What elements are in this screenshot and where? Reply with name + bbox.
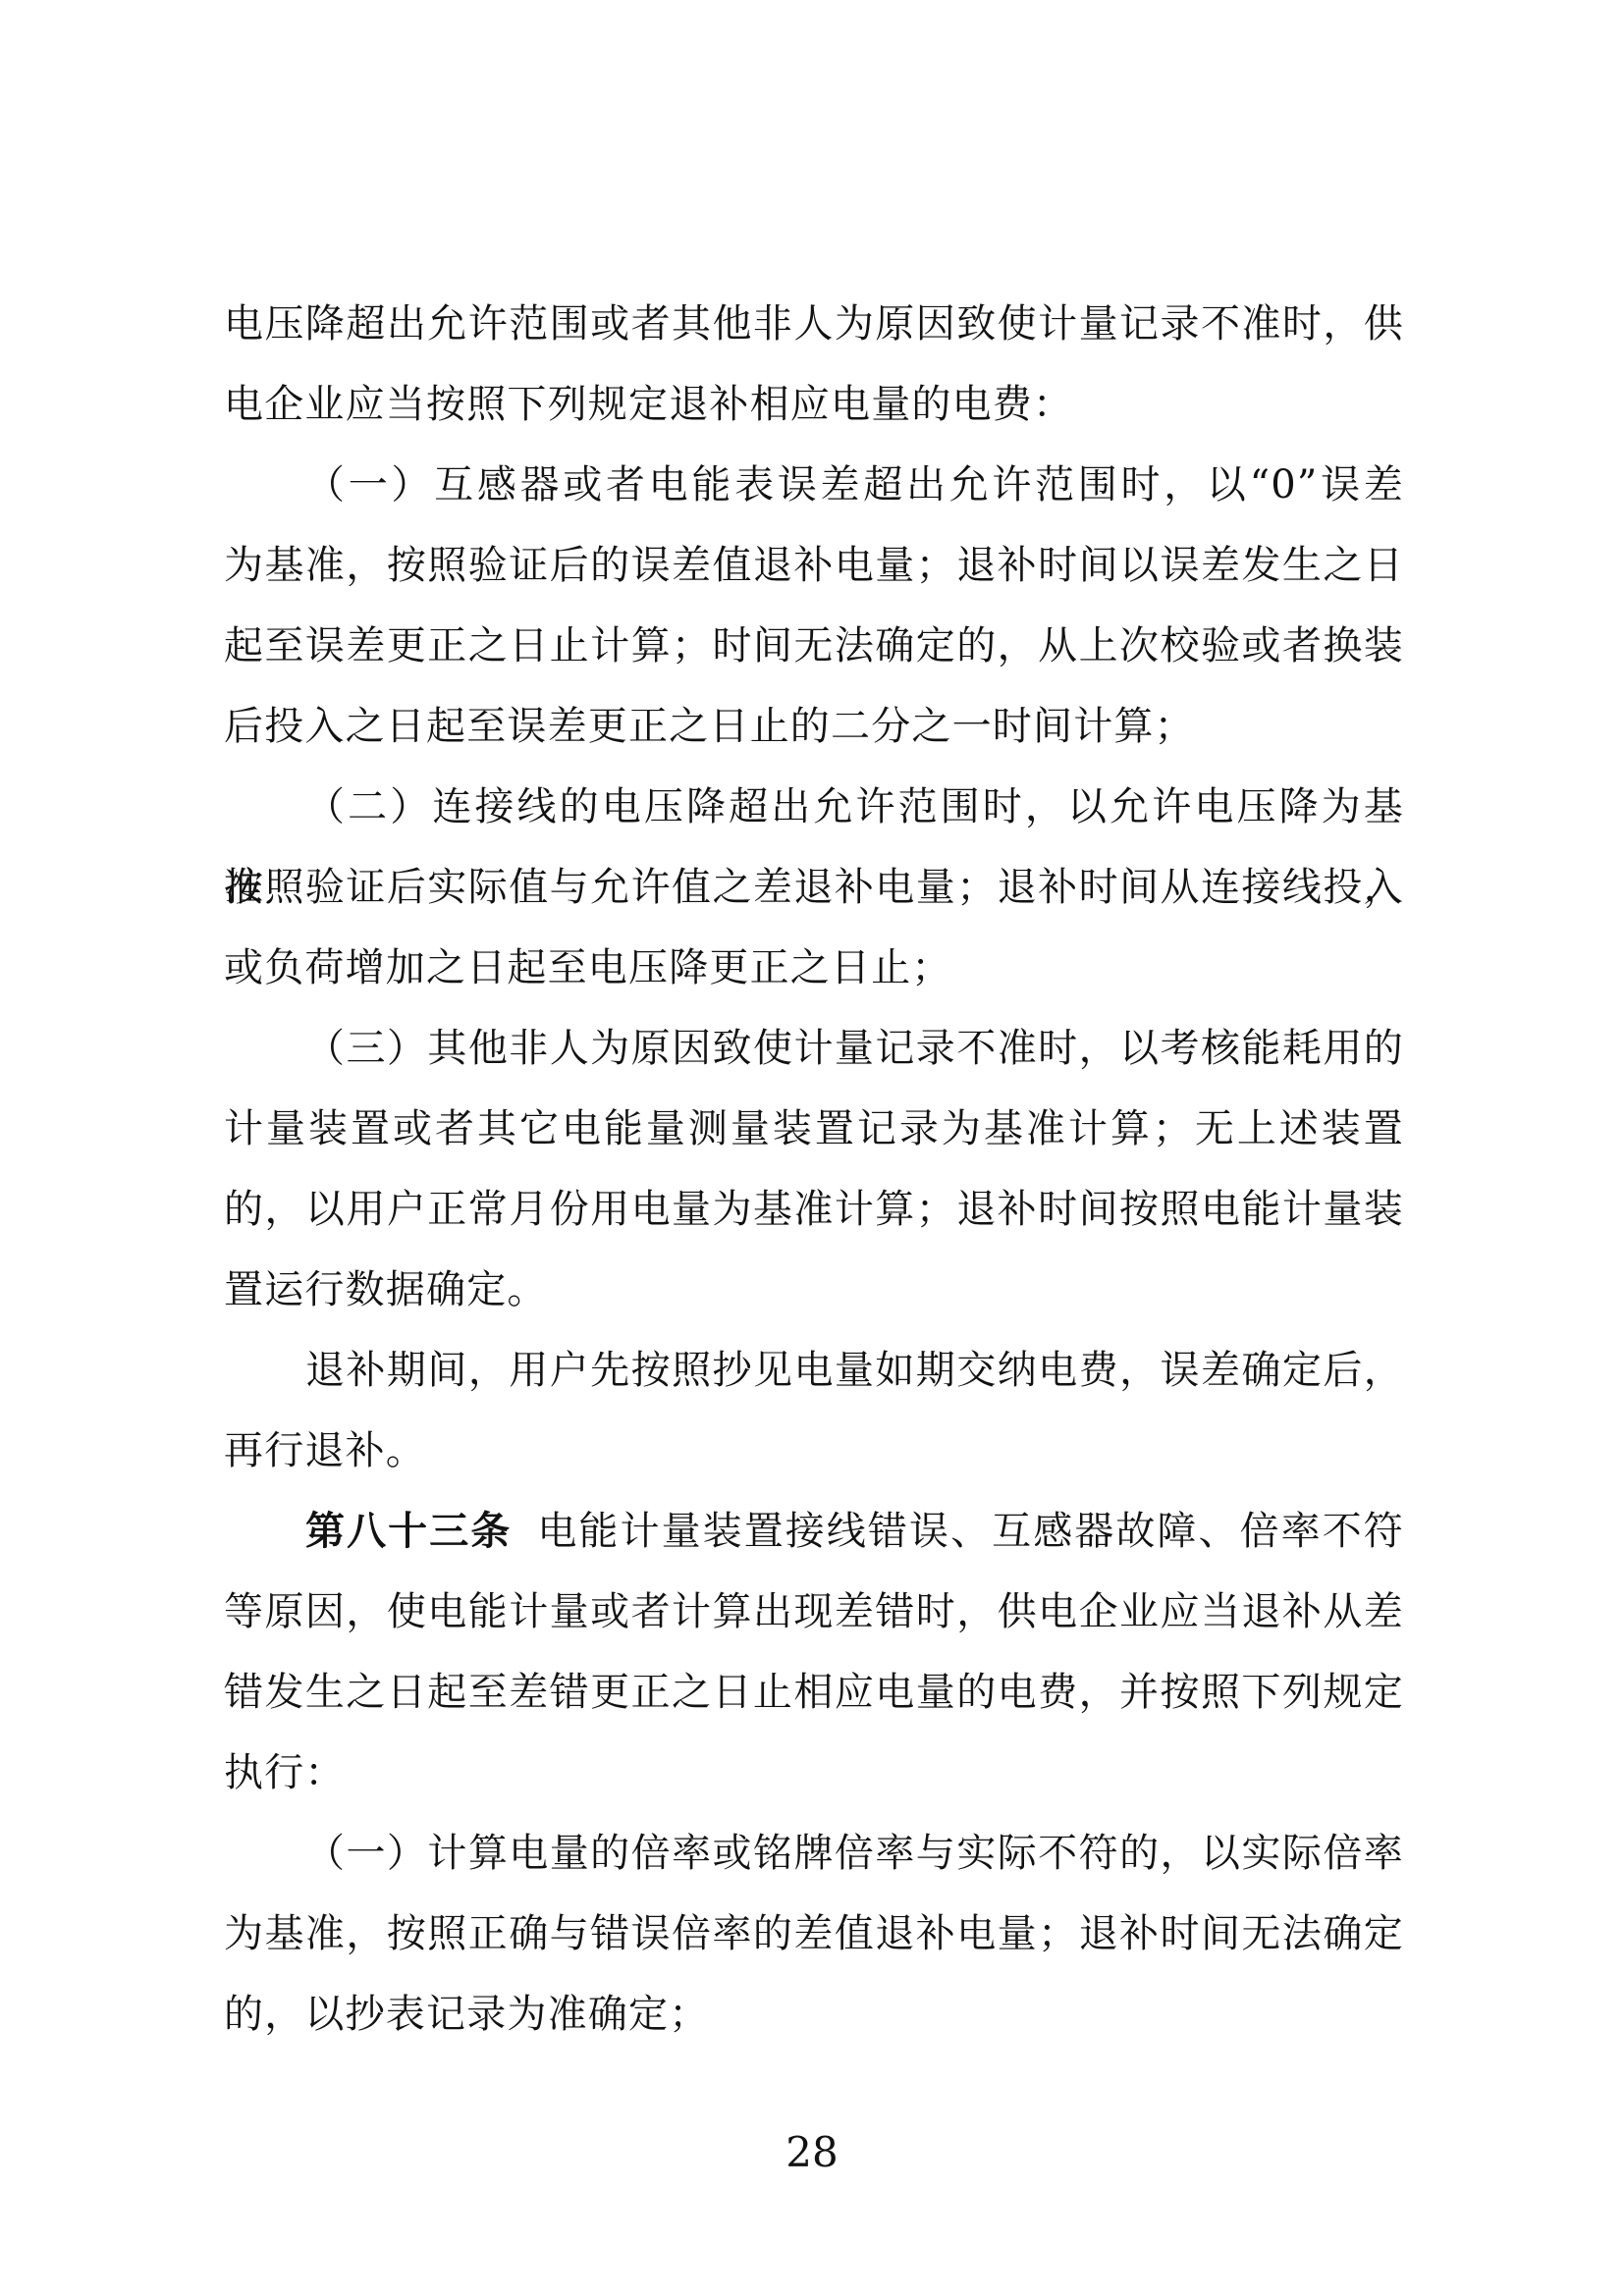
text-segment: 等原因，使电能计量或者计算出现差错时，供电企业应当退补从差	[224, 1589, 1404, 1634]
text-line: 再行退补。	[224, 1411, 1404, 1491]
text-segment: 电压降超出允许范围或者其他非人为原因致使计量记录不准时，供	[224, 301, 1404, 347]
text-segment: （一）计算电量的倍率或铭牌倍率与实际不符的，以实际倍率	[305, 1831, 1404, 1876]
text-line: 第八十三条电能计量装置接线错误、互感器故障、倍率不符	[224, 1491, 1404, 1572]
document-page: 电压降超出允许范围或者其他非人为原因致使计量记录不准时，供电企业应当按照下列规定…	[0, 0, 1624, 2296]
page-number: 28	[0, 2123, 1624, 2182]
text-segment: 后投入之日起至误差更正之日止的二分之一时间计算；	[224, 704, 1195, 749]
text-line: 退补期间，用户先按照抄见电量如期交纳电费，误差确定后，	[224, 1330, 1404, 1411]
text-segment: （一）互感器或者电能表误差超出允许范围时，以“0”误差	[305, 462, 1404, 507]
text-segment: 再行退补。	[224, 1428, 426, 1473]
text-line: （三）其他非人为原因致使计量记录不准时，以考核能耗用的	[224, 1008, 1404, 1089]
text-line: 为基准，按照验证后的误差值退补电量；退补时间以误差发生之日	[224, 525, 1404, 606]
text-segment: 错发生之日起至差错更正之日止相应电量的电费，并按照下列规定	[224, 1670, 1404, 1715]
text-segment: 为基准，按照验证后的误差值退补电量；退补时间以误差发生之日	[224, 543, 1404, 588]
text-line: 后投入之日起至误差更正之日止的二分之一时间计算；	[224, 686, 1404, 767]
text-line: （二）连接线的电压降超出允许范围时，以允许电压降为基准，	[224, 767, 1404, 847]
text-segment: 计量装置或者其它电能量测量装置记录为基准计算；无上述装置	[224, 1106, 1404, 1151]
text-block: 电压降超出允许范围或者其他非人为原因致使计量记录不准时，供电企业应当按照下列规定…	[224, 284, 1404, 2055]
text-line: 按照验证后实际值与允许值之差退补电量；退补时间从连接线投入	[224, 847, 1404, 928]
text-line: 电企业应当按照下列规定退补相应电量的电费：	[224, 364, 1404, 445]
text-segment: 为基准，按照正确与错误倍率的差值退补电量；退补时间无法确定	[224, 1911, 1404, 1956]
text-line: 或负荷增加之日起至电压降更正之日止；	[224, 928, 1404, 1008]
text-line: 电压降超出允许范围或者其他非人为原因致使计量记录不准时，供	[224, 284, 1404, 364]
text-line: 执行：	[224, 1733, 1404, 1813]
text-segment: （三）其他非人为原因致使计量记录不准时，以考核能耗用的	[305, 1026, 1404, 1071]
text-segment: 按照验证后实际值与允许值之差退补电量；退补时间从连接线投入	[224, 865, 1404, 910]
text-line: （一）互感器或者电能表误差超出允许范围时，以“0”误差	[224, 445, 1404, 525]
text-line: 为基准，按照正确与错误倍率的差值退补电量；退补时间无法确定	[224, 1894, 1404, 1974]
article-number-heading: 第八十三条	[305, 1509, 512, 1554]
text-line: 的，以用户正常月份用电量为基准计算；退补时间按照电能计量装	[224, 1169, 1404, 1250]
text-line: （一）计算电量的倍率或铭牌倍率与实际不符的，以实际倍率	[224, 1813, 1404, 1894]
text-segment: 或负荷增加之日起至电压降更正之日止；	[224, 945, 952, 990]
text-segment: 的，以用户正常月份用电量为基准计算；退补时间按照电能计量装	[224, 1187, 1404, 1232]
text-segment: 电能计量装置接线错误、互感器故障、倍率不符	[537, 1509, 1404, 1554]
text-line: 起至误差更正之日止计算；时间无法确定的，从上次校验或者换装	[224, 606, 1404, 686]
text-line: 等原因，使电能计量或者计算出现差错时，供电企业应当退补从差	[224, 1572, 1404, 1652]
text-line: 置运行数据确定。	[224, 1250, 1404, 1330]
text-segment: 执行：	[224, 1750, 346, 1795]
text-segment: 置运行数据确定。	[224, 1267, 548, 1312]
text-line: 的，以抄表记录为准确定；	[224, 1974, 1404, 2055]
text-segment: 退补期间，用户先按照抄见电量如期交纳电费，误差确定后，	[305, 1348, 1404, 1393]
text-line: 错发生之日起至差错更正之日止相应电量的电费，并按照下列规定	[224, 1652, 1404, 1733]
text-segment: 电企业应当按照下列规定退补相应电量的电费：	[224, 382, 1073, 427]
text-line: 计量装置或者其它电能量测量装置记录为基准计算；无上述装置	[224, 1089, 1404, 1169]
text-segment: 起至误差更正之日止计算；时间无法确定的，从上次校验或者换装	[224, 623, 1404, 668]
text-segment: 的，以抄表记录为准确定；	[224, 1992, 709, 2037]
